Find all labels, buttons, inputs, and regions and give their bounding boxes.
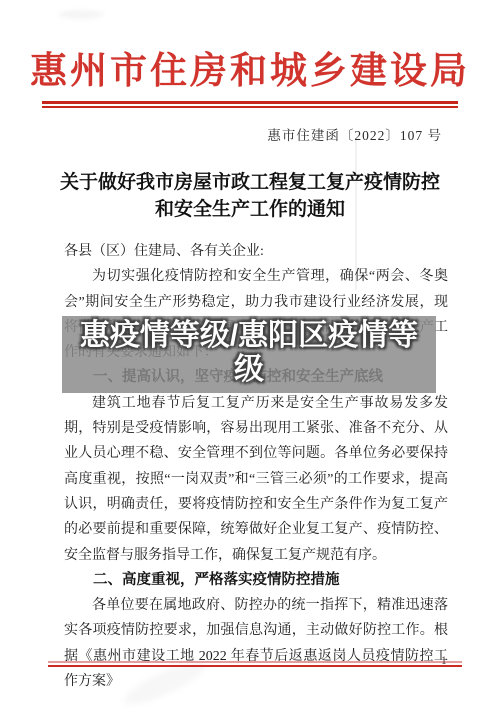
document-title-line2: 和安全生产工作的通知 (155, 199, 345, 220)
watermark-text-line2: 级 (62, 353, 436, 387)
page-number: 1 (441, 655, 447, 667)
paragraph-section-2: 各单位要在属地政府、防控办的统一指挥下，精准迅速落实各项疫情防控要求，加强信息沟… (64, 593, 448, 694)
scanned-document-page: 惠州市住房和城乡建设局 惠市住建函〔2022〕107 号 关于做好我市房屋市政工… (0, 0, 500, 712)
letterhead-rule-thin (42, 106, 458, 108)
paragraph-section-1: 建筑工地春节后复工复产历来是安全生产事故易发多发期，特别是受疫情影响，容易出现用… (64, 391, 448, 568)
footer-rule-pink (48, 661, 462, 663)
agency-letterhead-title: 惠州市住房和城乡建设局 (0, 40, 500, 94)
watermark-text-line1: 惠疫情等级/惠阳区疫情等 (62, 319, 436, 353)
scan-smudge-top (58, 10, 104, 19)
footer-rule-red (48, 665, 462, 668)
section-2-heading: 二、高度重视，严格落实疫情防控措施 (64, 568, 448, 593)
salutation-line: 各县（区）住建局、各有关企业: (64, 239, 448, 264)
document-reference-number: 惠市住建函〔2022〕107 号 (267, 124, 442, 144)
document-title: 关于做好我市房屋市政工程复工复产疫情防控 和安全生产工作的通知 (30, 169, 470, 223)
watermark-overlay-band: 惠疫情等级/惠阳区疫情等 级 (62, 316, 436, 393)
letterhead-rule-thick (42, 101, 458, 104)
document-body: 各县（区）住建局、各有关企业: 为切实强化疫情防控和安全生产管理，确保“两会、冬… (64, 239, 448, 694)
document-title-line1: 关于做好我市房屋市政工程复工复产疫情防控 (60, 172, 440, 193)
